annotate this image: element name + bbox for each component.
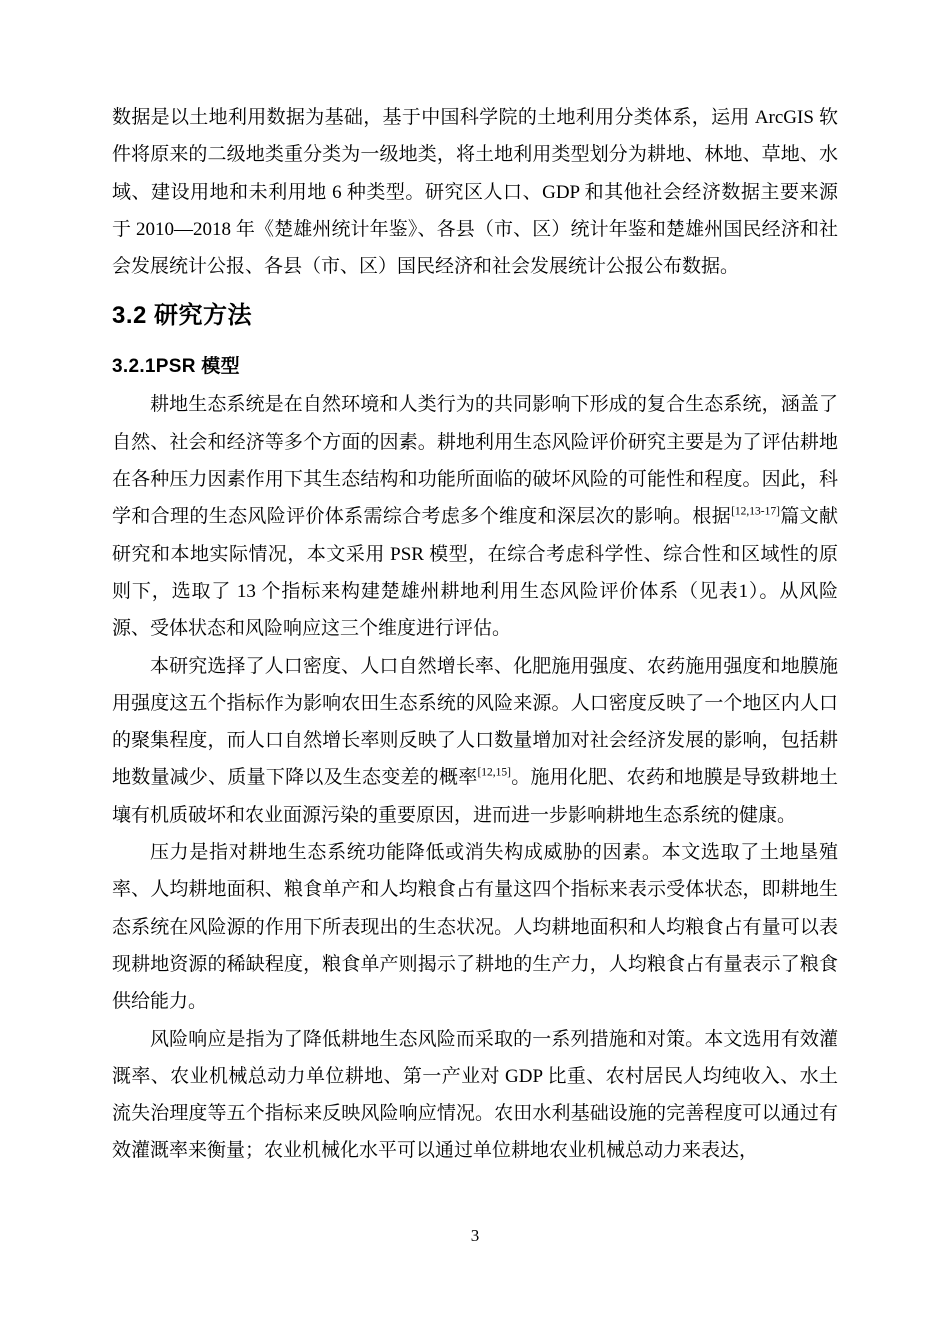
text-run: 耕地生态系统是在自然环境和人类行为的共同影响下形成的复合生态系统，涵盖了自然、社… [112, 394, 838, 527]
section-heading: 3.2 研究方法 [112, 300, 838, 332]
paragraph: 压力是指对耕地生态系统功能降低或消失构成威胁的因素。本文选取了土地垦殖率、人均耕… [112, 834, 838, 1020]
paragraph: 耕地生态系统是在自然环境和人类行为的共同影响下形成的复合生态系统，涵盖了自然、社… [112, 386, 838, 647]
citation-superscript: [12,15] [477, 767, 511, 779]
text-run: 3.2.1PSR 模型 [112, 356, 240, 377]
paragraph: 风险响应是指为了降低耕地生态风险而采取的一系列措施和对策。本文选用有效灌溉率、农… [112, 1021, 838, 1170]
text-run: 风险响应是指为了降低耕地生态风险而采取的一系列措施和对策。本文选用有效灌溉率、农… [112, 1029, 838, 1162]
text-run: 3.2 研究方法 [112, 302, 252, 329]
document-page: 数据是以土地利用数据为基础，基于中国科学院的土地利用分类体系，运用 ArcGIS… [0, 0, 950, 1344]
text-run: 数据是以土地利用数据为基础，基于中国科学院的土地利用分类体系，运用 ArcGIS… [112, 107, 838, 277]
document-body: 数据是以土地利用数据为基础，基于中国科学院的土地利用分类体系，运用 ArcGIS… [112, 99, 838, 1170]
subsection-heading: 3.2.1PSR 模型 [112, 353, 838, 381]
paragraph: 本研究选择了人口密度、人口自然增长率、化肥施用强度、农药施用强度和地膜施用强度这… [112, 648, 838, 834]
paragraph: 数据是以土地利用数据为基础，基于中国科学院的土地利用分类体系，运用 ArcGIS… [112, 99, 838, 285]
citation-superscript: [12,13-17] [731, 506, 780, 518]
page-number: 3 [0, 1226, 950, 1246]
text-run: 压力是指对耕地生态系统功能降低或消失构成威胁的因素。本文选取了土地垦殖率、人均耕… [112, 842, 838, 1012]
